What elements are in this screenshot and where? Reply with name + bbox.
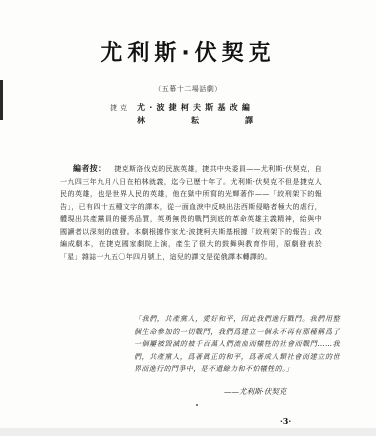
epigraph-quote: 「我們，共產黨人，愛好和平，因此我們進行戰鬥。我們用整個生命參加的一切戰鬥，我們… (134, 313, 340, 376)
editor-note-label: 編者按： (73, 163, 106, 173)
translator-role: 譯 (245, 115, 253, 126)
credit-translator: 林耘譯 (137, 115, 253, 126)
document-subtitle: （五幕十二場話劇） (0, 84, 376, 94)
translator-surname: 林 (137, 115, 145, 126)
bottom-margin-strip (0, 428, 376, 436)
page-number: ·3· (280, 416, 291, 426)
document-title: 尤利斯·伏契克 (0, 36, 376, 67)
editor-note-text: 捷克斯洛伐克的民族英雄，捷共中央委員——尤利斯·伏契克，自一九四三年九月八日在柏… (60, 165, 322, 261)
credit-nation: 捷克 (110, 103, 130, 113)
scan-speck (196, 404, 198, 406)
document-page: 尤利斯·伏契克 （五幕十二場話劇） 捷克 尤·波捷柯夫斯基改編 林耘譯 編者按：… (0, 0, 376, 428)
editor-note: 編者按：捷克斯洛伐克的民族英雄，捷共中央委員——尤利斯·伏契克，自一九四三年九月… (60, 162, 322, 263)
credit-editor: 尤·波捷柯夫斯基改編 (137, 102, 254, 113)
translator-given-name: 耘 (191, 115, 199, 126)
quote-attribution: ——尤利斯·伏契克 (224, 386, 286, 397)
